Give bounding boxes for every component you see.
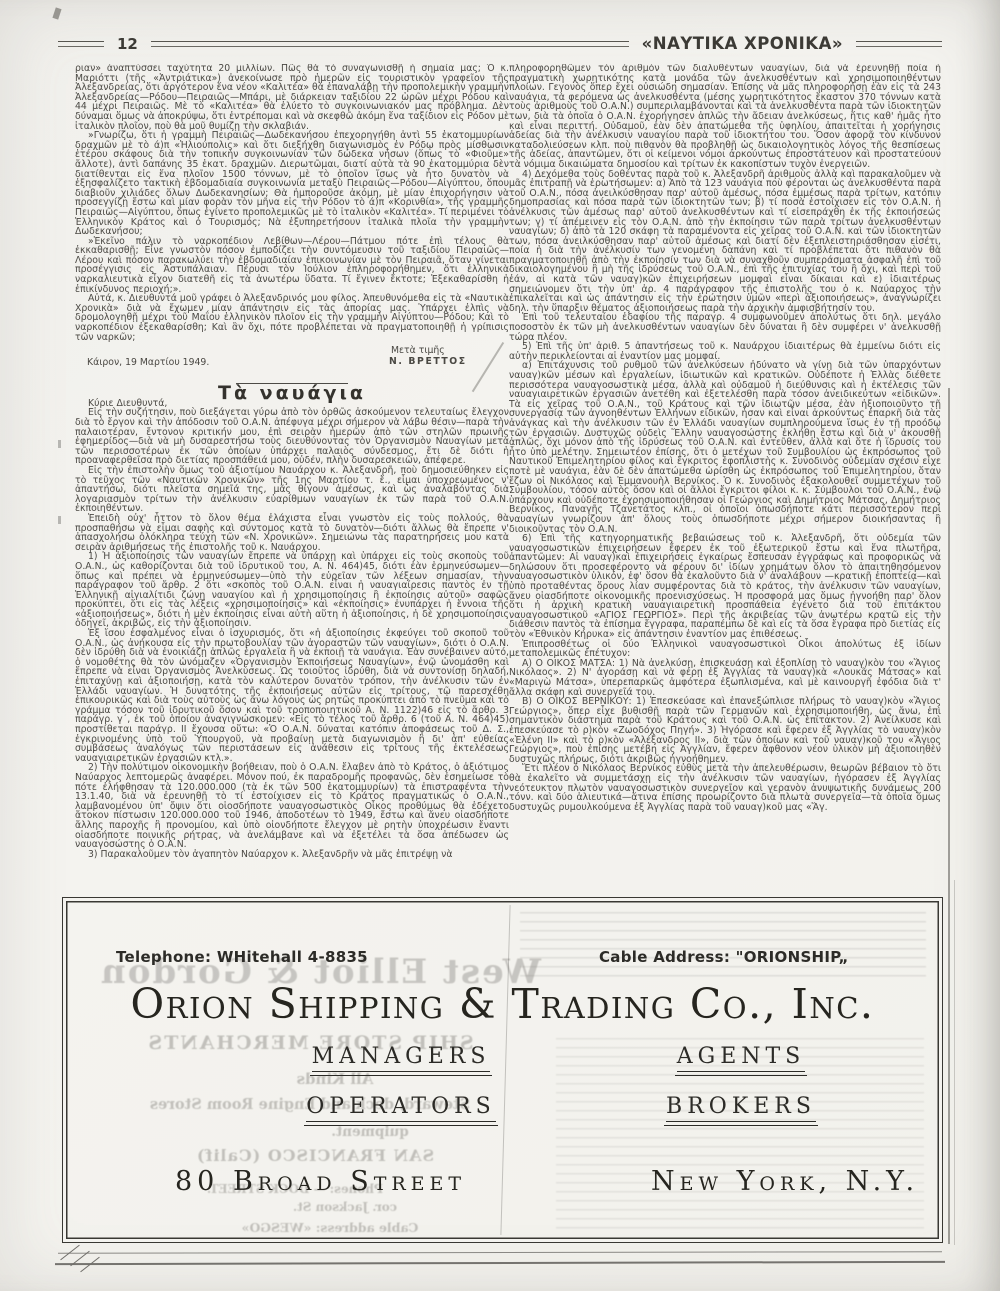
masthead-row: 12 «ΝΑΥΤΙΚΑ ΧΡΟΝΙΚΑ» [58, 34, 942, 53]
body-paragraph: ριαν» ἀναπτύσσει ταχύτητα 20 μιλλίων. Πῶ… [75, 64, 509, 131]
body-paragraph: Ἐπὶ τοῦ τελευταίου ἐδαφίου τῆς παραγρ. 4… [509, 313, 941, 342]
margin-mark [58, 516, 61, 524]
ad-role-operators: OPERATORS [291, 1094, 511, 1122]
body-paragraph: 5) Ἐπὶ τῆς ὑπ' ἀριθ. 5 ἀπαντήσεως τοῦ κ.… [509, 342, 941, 361]
masthead-rule-right [856, 41, 942, 47]
body-paragraph: 6) Ἐπὶ τῆς κατηγορηματικῆς βεβαιώσεως το… [509, 534, 941, 640]
ad-telephone: Telephone: WHitehall 4-8835 [116, 948, 368, 966]
body-paragraph: 3) Παρακαλοῦμεν τὸν ἀγαπητὸν Ναύαρχον κ.… [75, 850, 509, 860]
body-paragraph: Ἔτι πλέον ὁ Νικόλαος Βερνίκος εὐθὺς μετὰ… [509, 764, 941, 812]
body-paragraph: α) Ἐπιτάχυνσις τοῦ ρυθμοῦ τῶν ἀνελκύσεων… [509, 361, 941, 534]
body-paragraph: Ἐπιπροσθέτως οἱ δύο Ἑλληνικοὶ ναυαγοσωστ… [509, 640, 941, 659]
body-paragraph: πληροφορηθῶμεν τὸν ἀριθμὸν τῶν διαλυθέντ… [509, 64, 941, 170]
ad-role-brokers: BROKERS [631, 1094, 851, 1122]
closing-signature: Ν. ΒΡΕΤΤΟΣ [389, 357, 467, 367]
letter-closing: Κάιρον, 19 Μαρτίου 1949. Μετὰ τιμῆς Ν. Β… [75, 344, 509, 376]
body-paragraph: Β) Ο ΟΙΚΟΣ ΒΕΡΝΙΚΟΥ: 1) Ἐπεσκεύασε καὶ ἐ… [509, 697, 941, 764]
ad-role-agents: AGENTS [631, 1044, 851, 1072]
body-paragraph: 4) Δεχόμεθα τοὺς δοθέντας παρὰ τοῦ κ. Ἀλ… [509, 170, 941, 314]
body-paragraph: Ἐξ ἴσου ἐσφαλμένος εἶναι ὁ ἰσχυρισμός, ὅ… [75, 629, 509, 763]
right-column: πληροφορηθῶμεν τὸν ἀριθμὸν τῶν διαλυθέντ… [509, 64, 941, 888]
ad-role-label: BROKERS [666, 1094, 816, 1122]
ad-role-managers: MANAGERS [291, 1044, 511, 1072]
left-column: ριαν» ἀναπτύσσει ταχύτητα 20 μιλλίων. Πῶ… [75, 64, 509, 888]
body-paragraph: Α) Ο ΟΙΚΟΣ ΜΑΤΣΑ: 1) Νὰ ἀνελκύσῃ, ἐπισκε… [509, 659, 941, 697]
body-paragraph: Εἰς τὴν ἐπιστολὴν ὅμως τοῦ ἀξιοτίμου Ναυ… [75, 466, 509, 514]
ad-role-label: AGENTS [677, 1044, 806, 1072]
pen-mark [472, 342, 504, 392]
ad-role-label: OPERATORS [306, 1094, 496, 1122]
page-edge-shadow [948, 388, 950, 1244]
body-paragraph: 2) Τὴν πολύτιμον οἰκονομικὴν βοήθειαν, π… [75, 763, 509, 849]
orion-shipping-advertisement: Telephone: WHitehall 4-8835 Cable Addres… [62, 897, 943, 1243]
page-number: 12 [117, 35, 138, 53]
page-stack-line [58, 1251, 942, 1254]
ad-street-address: 80 Broad Street [175, 1166, 466, 1197]
page-edge-shadow [954, 880, 955, 1245]
page-stack-line [55, 1261, 945, 1265]
closing-place-date: Κάιρον, 19 Μαρτίου 1949. [87, 358, 209, 368]
publication-title: «ΝΑΥΤΙΚΑ ΧΡΟΝΙΚΑ» [642, 34, 843, 53]
body-paragraph: Εἰς τὴν συζήτησιν, ποὺ διεξάγεται γύρω ἀ… [75, 408, 509, 466]
closing-thanks: Μετὰ τιμῆς [391, 346, 445, 356]
margin-mark [58, 440, 61, 448]
ad-cable-address: Cable Address: "ORIONSHIP„ [599, 948, 849, 966]
ad-city-address: New York, N.Y. [651, 1166, 919, 1197]
body-paragraph: »Ἐκεῖνο πάλιν τὸ ναρκοπέδιον Λεβίθων—Λέρ… [75, 237, 509, 295]
ad-company-name: Orion Shipping & Trading Co., Inc. [63, 980, 942, 1028]
masthead-rule-middle [151, 41, 629, 47]
body-paragraph: Αὐτά, κ. Διευθυντά μοῦ γράφει ὁ Ἀλεξανδρ… [75, 294, 509, 342]
ad-role-label: MANAGERS [312, 1044, 491, 1072]
scanned-magazine-page: 12 «ΝΑΥΤΙΚΑ ΧΡΟΝΙΚΑ» ριαν» ἀναπτύσσει τα… [0, 0, 1000, 1291]
scan-speck [52, 7, 61, 19]
body-paragraph: »Γνωρίζω, ὅτι ἡ γραμμὴ Πειραιῶς—Δωδεκανή… [75, 131, 509, 237]
masthead-rule-left [58, 41, 104, 47]
body-paragraph: Ἐπειδὴ οὐχ' ἧττον τὸ ὅλον θέμα ἐλάχιστα … [75, 514, 509, 552]
body-paragraph: 1) Ἡ ἀξιοποίησις τῶν ναυαγίων ἔπρεπε νὰ … [75, 552, 509, 629]
